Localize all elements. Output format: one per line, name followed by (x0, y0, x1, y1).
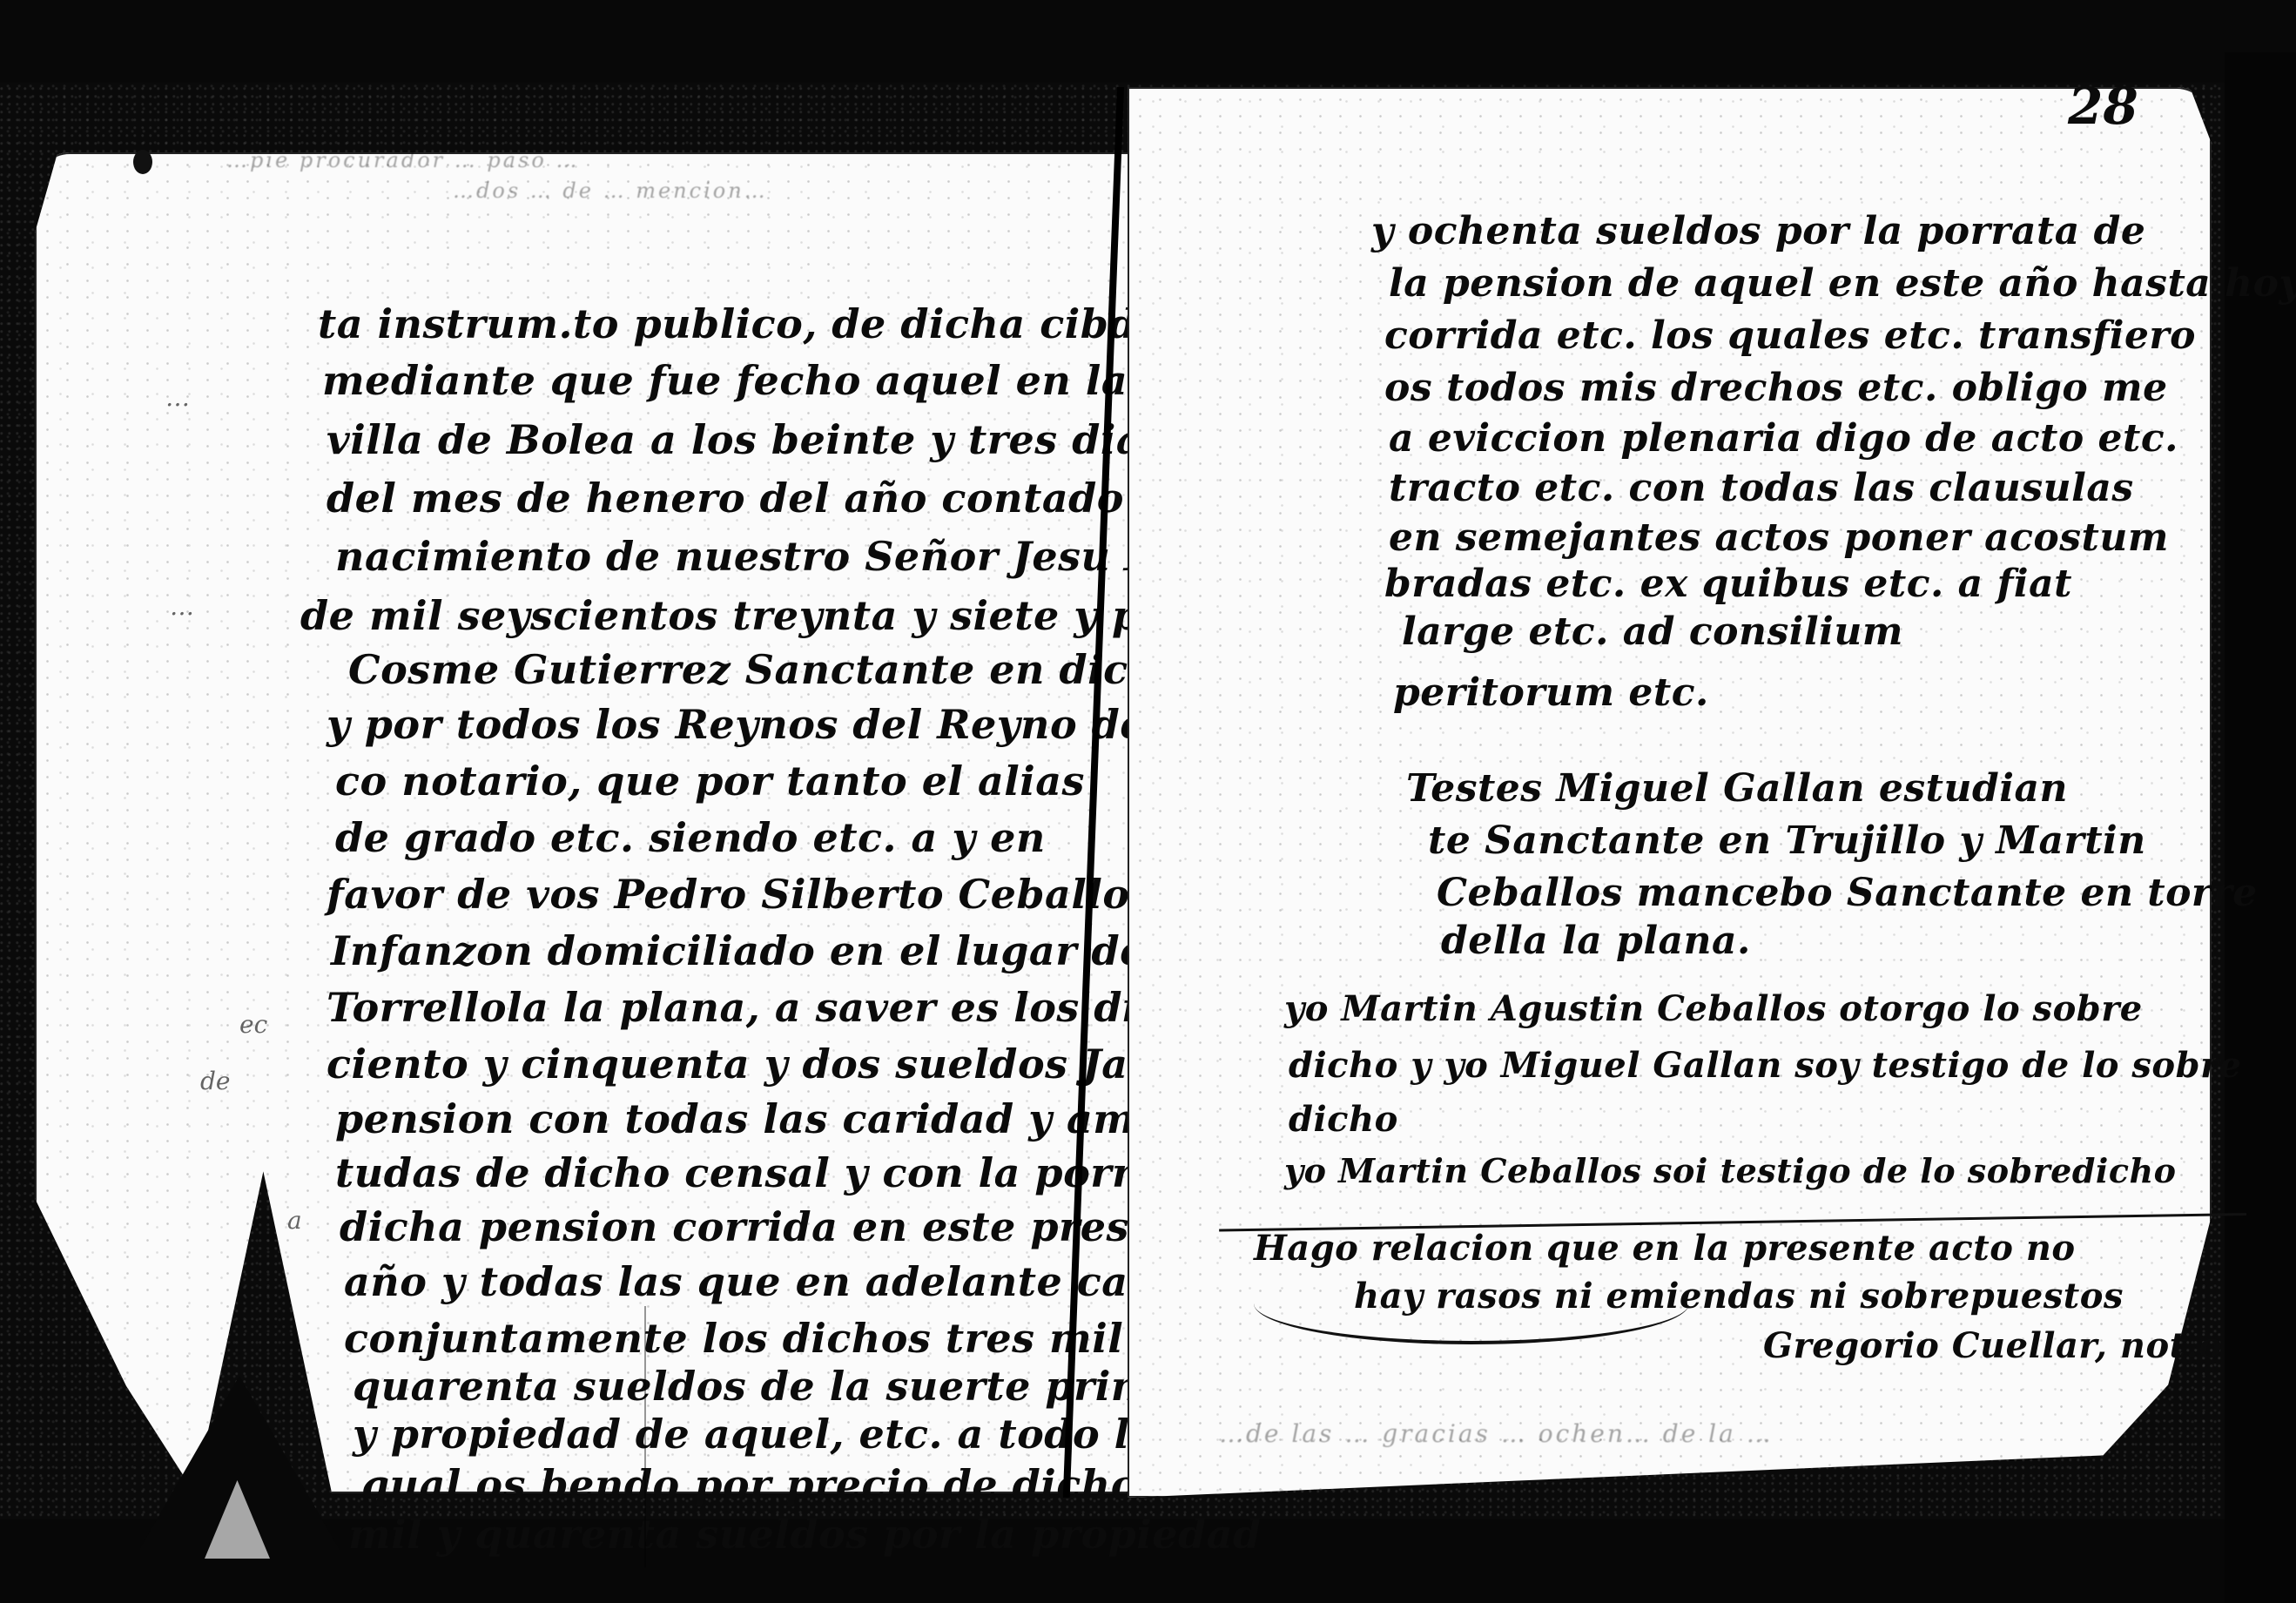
manuscript-line: del mes de henero del año contado del (327, 475, 1209, 522)
margin-mark: … (170, 592, 194, 621)
manuscript-line: a eviccion plenaria digo de acto etc. (1389, 416, 2178, 461)
margin-mark: de (200, 1067, 231, 1095)
manuscript-line: ta instrum.to publico, de dicha cibdad (318, 300, 1192, 347)
notary-signature: Gregorio Cuellar, not.o (1763, 1325, 2222, 1366)
manuscript-line: de mil seyscientos treynta y siete y por (300, 592, 1189, 639)
manuscript-line: tracto etc. con todas las clausulas (1389, 466, 2134, 510)
manuscript-line: mil y quarenta sueldos por la propiedad (348, 1511, 1262, 1558)
notary-note-line: Hago relacion que en la presente acto no (1254, 1228, 2076, 1269)
manuscript-line: mediante que fue fecho aquel en la (322, 357, 1128, 404)
signature-line: yo Martin Ceballos soi testigo de lo sob… (1284, 1151, 2176, 1190)
ink-blot (133, 150, 152, 174)
margin-mark: a (287, 1206, 302, 1235)
margin-mark: ec (239, 1010, 267, 1039)
manuscript-line: villa de Bolea a los beinte y tres dias (327, 416, 1166, 463)
manuscript-line: large etc. ad consilium (1402, 610, 1903, 654)
manuscript-line: quarenta sueldos de la suerte principal (353, 1363, 1251, 1410)
margin-mark: … (165, 383, 190, 412)
fold-crease (644, 1306, 646, 1567)
manuscript-line: conjuntamente los dichos tres mil y (344, 1315, 1161, 1362)
bleed-through-text: …pie procurador … paso … (226, 148, 579, 172)
bleed-through-text: …de las … gracias … ochen… de la … (1219, 1419, 1774, 1448)
signature-line: dicho (1289, 1099, 1398, 1140)
manuscript-line: y propiedad de aquel, etc. a todo lo (353, 1411, 1157, 1458)
page-number: 28 (2068, 77, 2138, 136)
manuscript-line: dicha pension corrida en este presente (340, 1203, 1229, 1250)
witness-line: te Sanctante en Trujillo y Martin (1428, 818, 2146, 863)
signature-line: yo Martin Agustin Ceballos otorgo lo sob… (1284, 988, 2143, 1029)
manuscript-line: año y todas las que en adelante caheran (344, 1258, 1261, 1305)
witness-line: Testes Miguel Gallan estudian (1406, 766, 2068, 811)
manuscript-line: y ochenta sueldos por la porrata de (1371, 209, 2145, 253)
scan-top-shadow (0, 0, 2296, 83)
manuscript-line: bradas etc. ex quibus etc. a fiat (1384, 562, 2072, 606)
manuscript-line: os todos mis drechos etc. obligo me (1384, 366, 2168, 410)
signature-flourish (1254, 1263, 1689, 1344)
manuscript-line: peritorum etc. (1393, 670, 1709, 715)
manuscript-line: Torrellola la plana, a saver es los dich… (327, 984, 1242, 1031)
manuscript-line: en semejantes actos poner acostum (1389, 515, 2169, 560)
bleed-through-text: …dos … de … mencion… (453, 178, 768, 203)
manuscript-line: favor de vos Pedro Silberto Ceballos (327, 871, 1153, 918)
manuscript-line: corrida etc. los quales etc. transfiero (1384, 313, 2196, 358)
manuscript-line: Infanzon domiciliado en el lugar de (331, 927, 1146, 974)
manuscript-line: nacimiento de nuestro Señor Jesu Xpto (335, 533, 1231, 580)
manuscript-line: la pension de aquel en este año hasta ho… (1389, 261, 2296, 306)
manuscript-line: de grado etc. siendo etc. a y en (335, 814, 1046, 861)
manuscript-line: co notario, que por tanto el alias (335, 758, 1085, 805)
witness-line: Ceballos mancebo Sanctante en torre (1437, 871, 2258, 915)
manuscript-line: pension con todas las caridad y ami de (335, 1095, 1220, 1142)
signature-line: dicho y yo Miguel Gallan soy testigo de … (1289, 1045, 2242, 1086)
witness-line: della la plana. (1441, 919, 1751, 963)
